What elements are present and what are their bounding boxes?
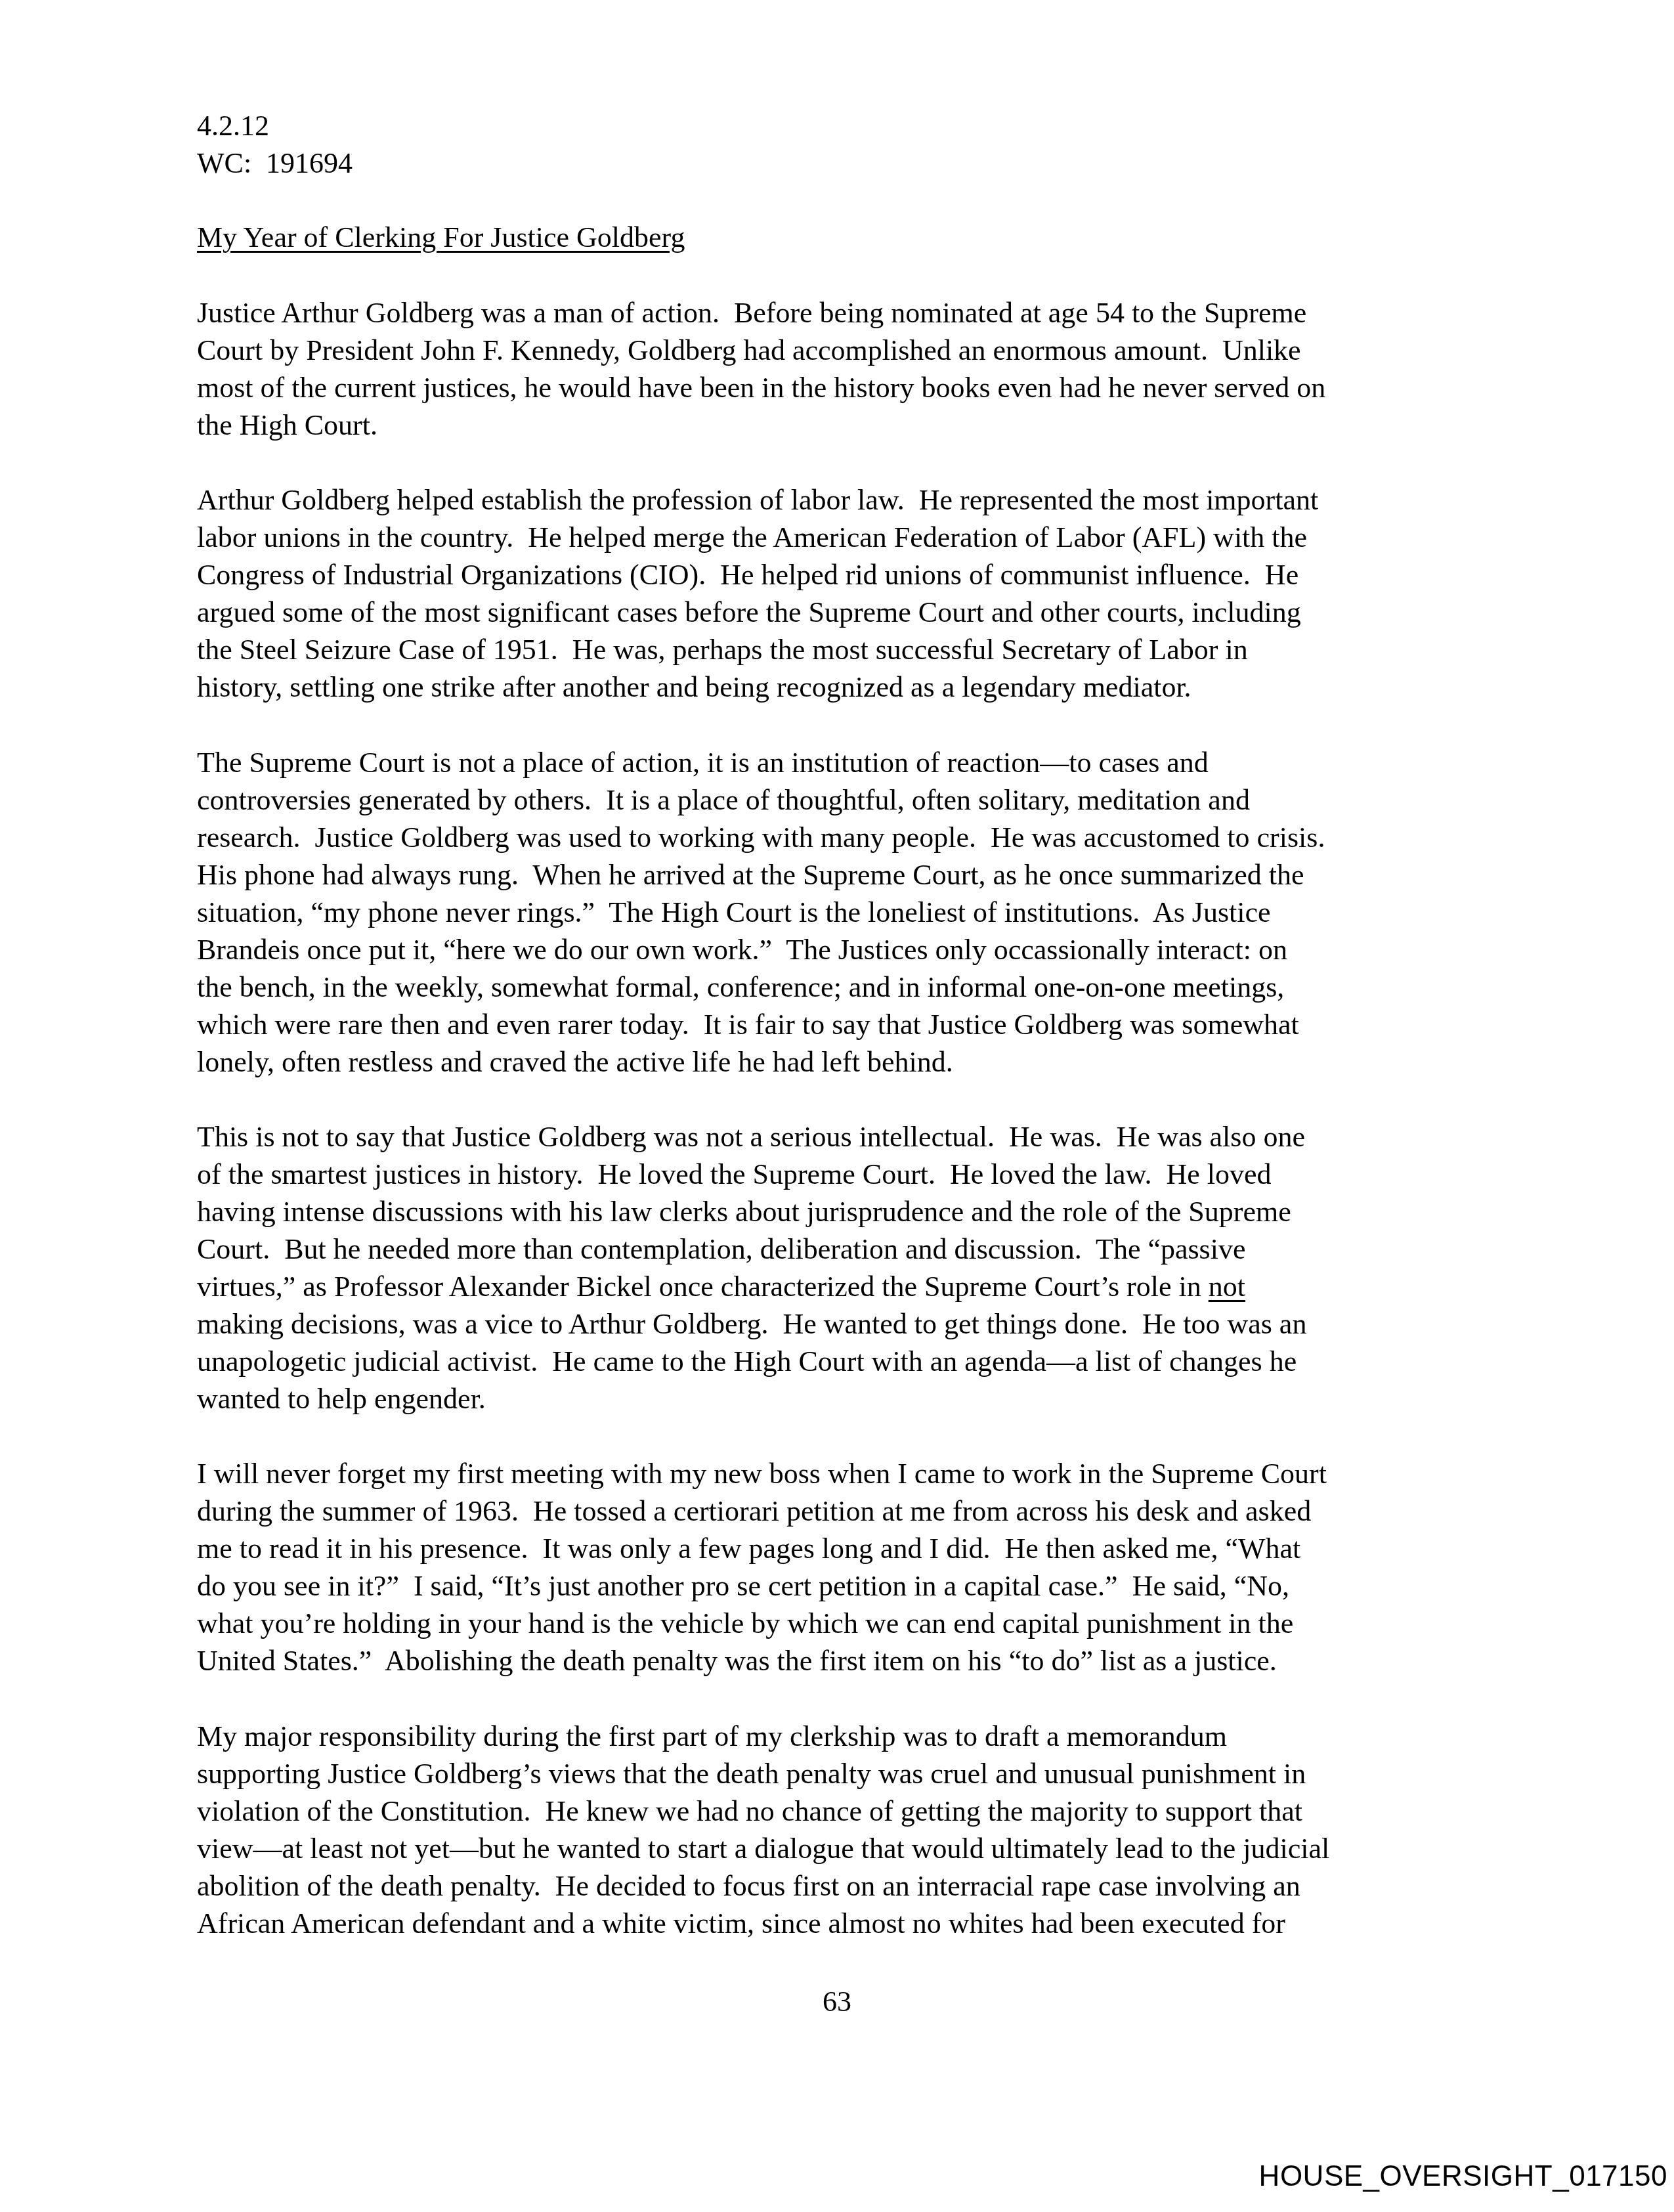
text-line: me to read it in his presence. It was on… <box>197 1530 1484 1567</box>
text-line: lonely, often restless and craved the ac… <box>197 1043 1484 1081</box>
text-line: research. Justice Goldberg was used to w… <box>197 819 1484 856</box>
text-line: what you’re holding in your hand is the … <box>197 1605 1484 1642</box>
text-line: which were rare then and even rarer toda… <box>197 1006 1484 1043</box>
text-line: the High Court. <box>197 406 1484 444</box>
text-line: the bench, in the weekly, somewhat forma… <box>197 968 1484 1006</box>
text-line: argued some of the most significant case… <box>197 594 1484 631</box>
text-line: history, settling one strike after anoth… <box>197 668 1484 706</box>
text-line: My major responsibility during the first… <box>197 1718 1484 1755</box>
document-date: 4.2.12 <box>197 107 269 144</box>
text-line: wanted to help engender. <box>197 1380 1484 1418</box>
text-line: Court by President John F. Kennedy, Gold… <box>197 332 1484 369</box>
text-line: abolition of the death penalty. He decid… <box>197 1867 1484 1905</box>
text-line: unapologetic judicial activist. He came … <box>197 1343 1484 1380</box>
text-line: during the summer of 1963. He tossed a c… <box>197 1492 1484 1530</box>
document-page: 4.2.12 WC: 191694 My Year of Clerking Fo… <box>0 0 1674 2212</box>
text-line: This is not to say that Justice Goldberg… <box>197 1118 1484 1156</box>
paragraph-3: The Supreme Court is not a place of acti… <box>197 744 1484 1081</box>
bates-number: HOUSE_OVERSIGHT_017150 <box>1259 2157 1667 2196</box>
text-line: having intense discussions with his law … <box>197 1193 1484 1230</box>
text-line: United States.” Abolishing the death pen… <box>197 1642 1484 1680</box>
text-line: Arthur Goldberg helped establish the pro… <box>197 481 1484 519</box>
paragraph-2: Arthur Goldberg helped establish the pro… <box>197 481 1484 706</box>
text-line: the Steel Seizure Case of 1951. He was, … <box>197 631 1484 668</box>
page-number: 63 <box>0 1983 1674 2020</box>
text-line: controversies generated by others. It is… <box>197 781 1484 819</box>
paragraph-1: Justice Arthur Goldberg was a man of act… <box>197 294 1484 444</box>
text-line: Court. But he needed more than contempla… <box>197 1230 1484 1268</box>
underlined-word: not <box>1209 1270 1245 1303</box>
text-line: I will never forget my first meeting wit… <box>197 1455 1484 1492</box>
text-line: do you see in it?” I said, “It’s just an… <box>197 1567 1484 1605</box>
word-count: WC: 191694 <box>197 144 353 182</box>
text-line: making decisions, was a vice to Arthur G… <box>197 1305 1484 1343</box>
text-line: Brandeis once put it, “here we do our ow… <box>197 931 1484 968</box>
text-line: most of the current justices, he would h… <box>197 369 1484 406</box>
text-line: violation of the Constitution. He knew w… <box>197 1792 1484 1830</box>
text-line: labor unions in the country. He helped m… <box>197 519 1484 556</box>
text-line-with-emphasis: virtues,” as Professor Alexander Bickel … <box>197 1268 1484 1305</box>
text-line: situation, “my phone never rings.” The H… <box>197 894 1484 931</box>
paragraph-5: I will never forget my first meeting wit… <box>197 1455 1484 1680</box>
text-line: The Supreme Court is not a place of acti… <box>197 744 1484 781</box>
text-line: Congress of Industrial Organizations (CI… <box>197 556 1484 594</box>
text-line: view—at least not yet—but he wanted to s… <box>197 1830 1484 1867</box>
text-line: supporting Justice Goldberg’s views that… <box>197 1755 1484 1792</box>
text-line: African American defendant and a white v… <box>197 1905 1484 1942</box>
text-line: Justice Arthur Goldberg was a man of act… <box>197 294 1484 332</box>
text-line: of the smartest justices in history. He … <box>197 1156 1484 1193</box>
text-line: virtues,” as Professor Alexander Bickel … <box>197 1270 1209 1303</box>
paragraph-6: My major responsibility during the first… <box>197 1718 1484 1942</box>
paragraph-4: This is not to say that Justice Goldberg… <box>197 1118 1484 1418</box>
text-line: His phone had always rung. When he arriv… <box>197 856 1484 894</box>
document-title: My Year of Clerking For Justice Goldberg <box>197 219 685 256</box>
